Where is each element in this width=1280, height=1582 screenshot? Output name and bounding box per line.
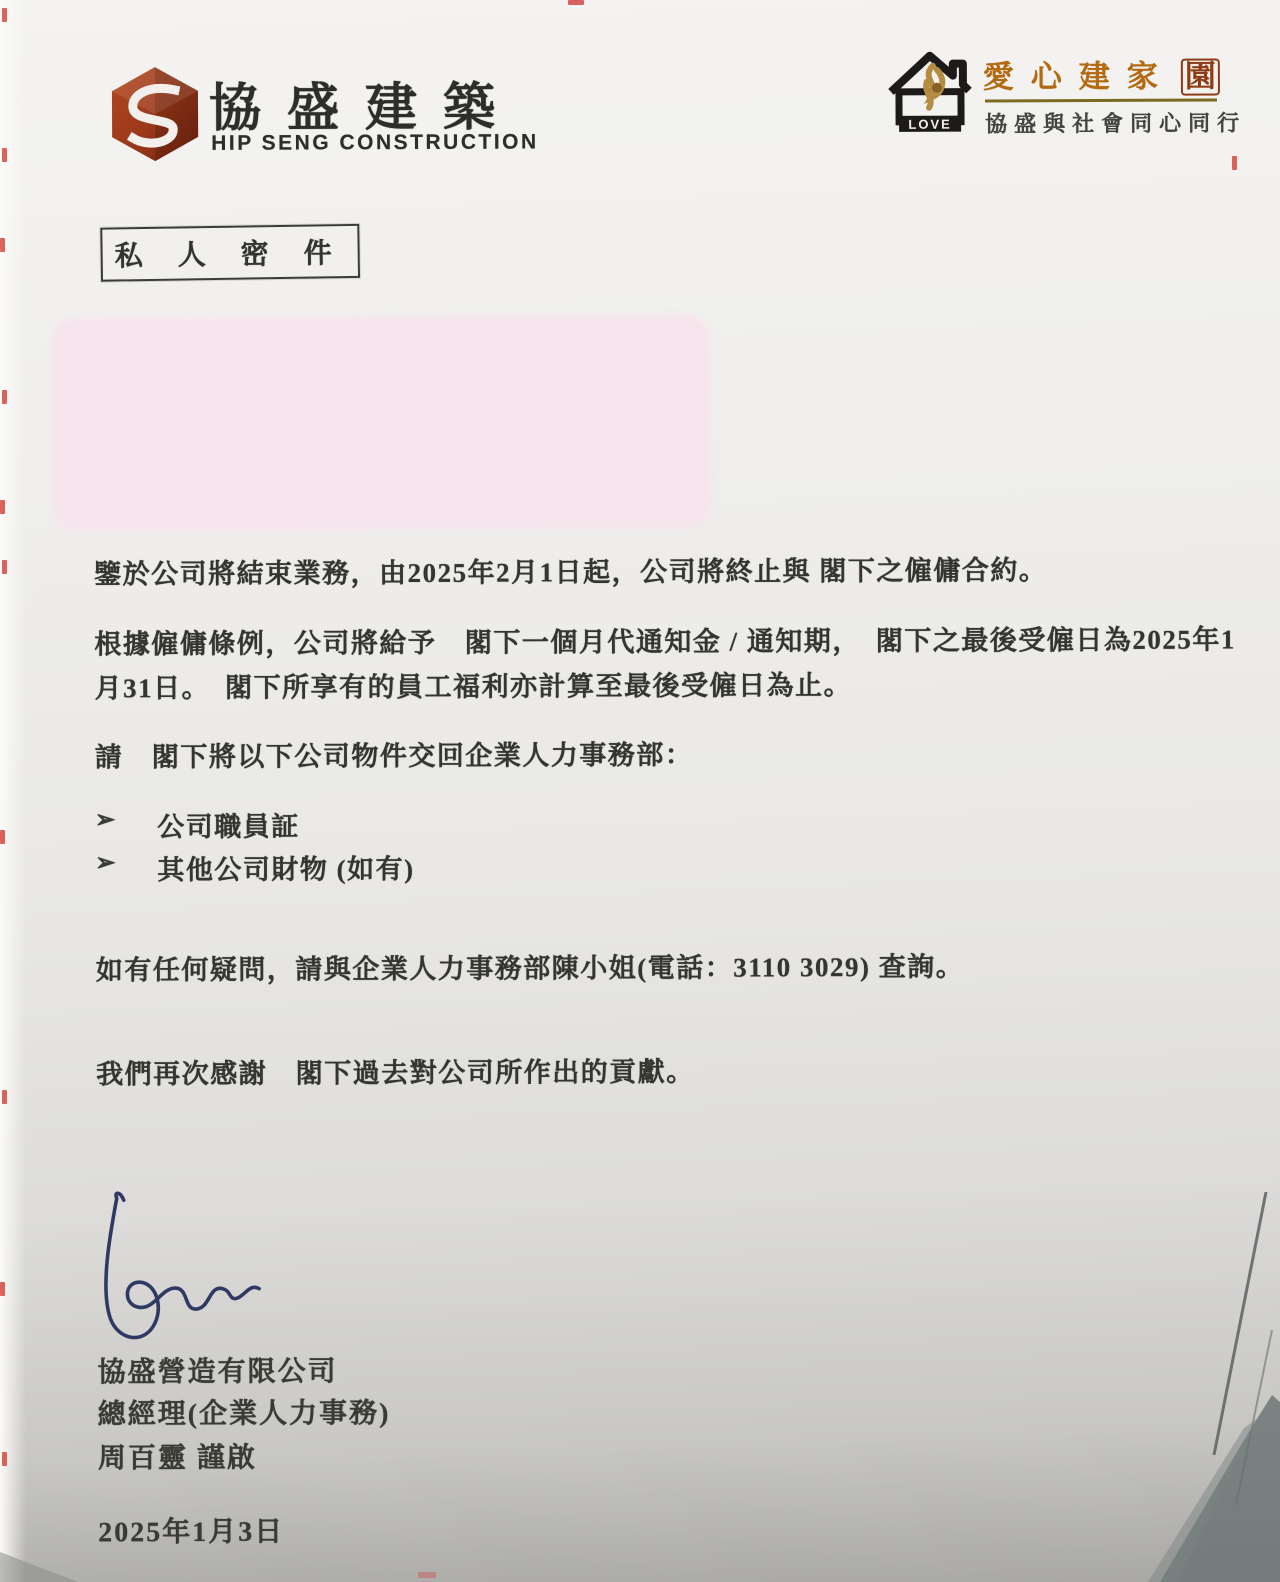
campaign-title-main: 愛心建家 [983, 59, 1175, 95]
scan-artifact-red-tick [2, 8, 7, 22]
redacted-recipient-block [54, 318, 709, 529]
love-house-icon: LOVE [887, 48, 973, 140]
scan-artifact-red-tick [2, 1452, 7, 1466]
scan-artifact-red-tick [0, 1282, 5, 1296]
scanned-letter-page: 協盛建築 HIP SENG CONSTRUCTION LOVE 愛心建家園 協盛… [0, 0, 1280, 1582]
scan-artifact-red-tick [0, 830, 5, 844]
bullet-item-other-property: 其他公司財物 (如有) [157, 847, 414, 887]
scan-artifact-red-tick [2, 390, 7, 404]
campaign-subtitle: 協盛與社會同心同行 [985, 106, 1246, 138]
letter-date: 2025年1月3日 [98, 1510, 284, 1551]
campaign-logo: LOVE 愛心建家園 協盛與社會同心同行 [887, 42, 1227, 43]
scan-artifact-red-tick [2, 148, 7, 162]
list-item: ➢ 其他公司財物 (如有) [95, 847, 414, 887]
company-chinese-name: 協盛建築 [209, 65, 521, 141]
scan-artifact-red-tick [2, 560, 7, 574]
private-confidential-stamp: 私 人 密 件 [100, 224, 360, 282]
hip-seng-hexagon-logo-icon [107, 64, 203, 164]
campaign-title-last-boxed: 園 [1181, 58, 1220, 95]
paragraph-thanks: 我們再次感謝 閣下過去對公司所作出的貢獻。 [96, 1048, 996, 1096]
campaign-divider-rule [985, 98, 1217, 102]
paragraph-termination-notice: 鑒於公司將結束業務，由2025年2月1日起，公司將終止與 閣下之僱傭合約。 [94, 547, 1234, 596]
love-icon-text: LOVE [908, 117, 951, 132]
bullet-item-staff-card: 公司職員証 [157, 804, 300, 844]
scan-artifact-red-tick [0, 238, 5, 252]
paragraph-return-items: 請 閣下將以下公司物件交回企業人力事務部： [95, 731, 995, 779]
list-item: ➢ 公司職員証 [95, 804, 300, 844]
campaign-title: 愛心建家園 [983, 50, 1220, 96]
scan-artifact-red-tick [2, 1090, 7, 1104]
scan-artifact-red-tick [0, 500, 5, 514]
signatory-company: 協盛營造有限公司 [97, 1349, 337, 1390]
arrow-bullet-icon: ➢ [95, 805, 157, 844]
company-english-name: HIP SENG CONSTRUCTION [211, 130, 539, 155]
scan-artifact-red-tick [1232, 156, 1237, 170]
signatory-name: 周百靈 謹啟 [98, 1436, 257, 1477]
paragraph-enquiry-contact: 如有任何疑問，請與企業人力事務部陳小姐(電話：3110 3029) 查詢。 [96, 944, 1096, 992]
arrow-bullet-icon: ➢ [95, 848, 157, 887]
signatory-title: 總經理(企業人力事務) [98, 1391, 391, 1432]
paragraph-notice-period: 根據僱傭條例，公司將給予 閣下一個月代通知金 / 通知期， 閣下之最後受僱日為2… [94, 617, 1259, 710]
scan-artifact-red-tick [568, 0, 584, 5]
handwritten-signature-ink [90, 1183, 301, 1356]
